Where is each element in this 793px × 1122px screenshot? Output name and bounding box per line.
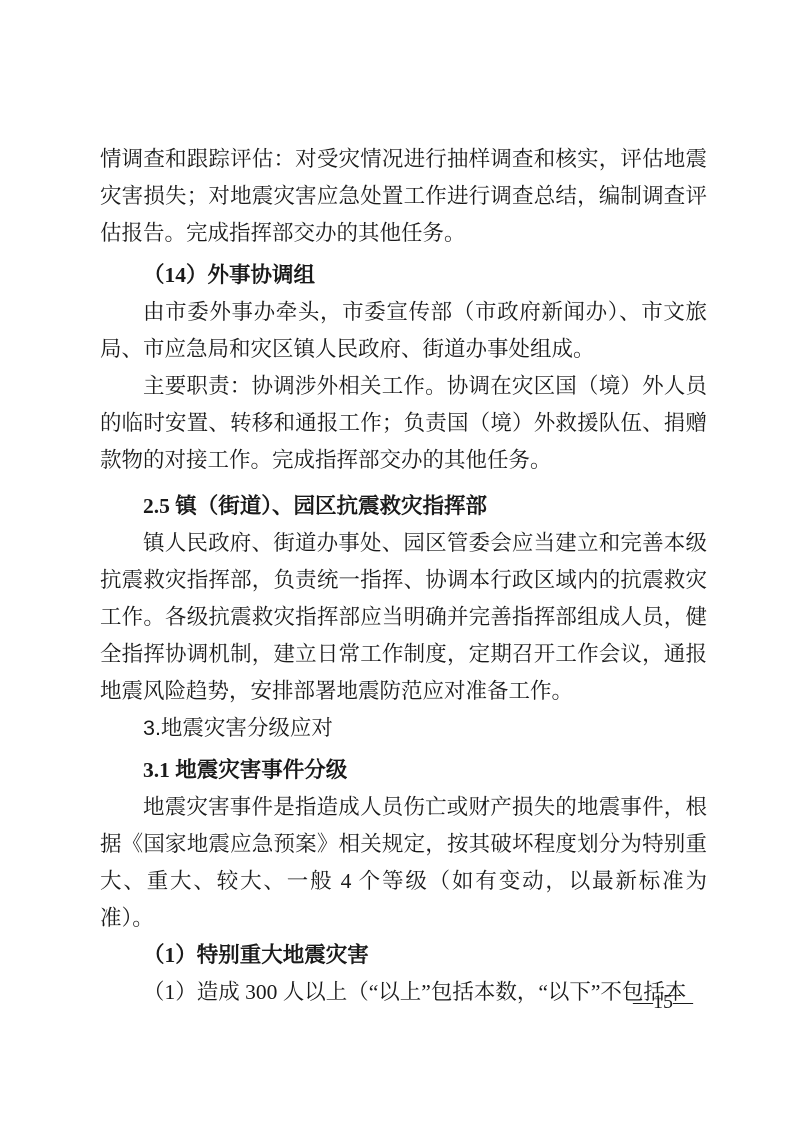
paragraph-casualty-threshold: （1）造成 300 人以上（“以上”包括本数，“以下”不包括本 [100,974,707,1011]
document-page: 情调查和跟踪评估：对受灾情况进行抽样调查和核实，评估地震灾害损失；对地震灾害应急… [0,0,793,1122]
paragraph-evaluation-continuation: 情调查和跟踪评估：对受灾情况进行抽样调查和核实，评估地震灾害损失；对地震灾害应急… [100,141,707,252]
paragraph-group-duties: 主要职责：协调涉外相关工作。协调在灾区国（境）外人员的临时安置、转移和通报工作；… [100,368,707,479]
paragraph-local-headquarters-duties: 镇人民政府、街道办事处、园区管委会应当建立和完善本级抗震救灾指挥部，负责统一指挥… [100,525,707,710]
heading-1-extremely-major-earthquake-disaster: （1）特别重大地震灾害 [100,937,707,974]
paragraph-classification-basis: 地震灾害事件是指造成人员伤亡或财产损失的地震事件，根据《国家地震应急预案》相关规… [100,789,707,937]
paragraph-group-composition: 由市委外事办牵头，市委宣传部（市政府新闻办）、市文旅局、市应急局和灾区镇人民政府… [100,294,707,368]
heading-2-5-town-street-park-headquarters: 2.5 镇（街道）、园区抗震救灾指挥部 [100,488,707,525]
heading-3-1-event-classification: 3.1 地震灾害事件分级 [100,752,707,789]
page-number: —15— [633,988,693,1016]
heading-3-graded-response: 3.地震灾害分级应对 [100,710,707,747]
heading-14-foreign-affairs-coordination-group: （14）外事协调组 [100,257,707,294]
document-body: 情调查和跟踪评估：对受灾情况进行抽样调查和核实，评估地震灾害损失；对地震灾害应急… [100,141,707,1011]
